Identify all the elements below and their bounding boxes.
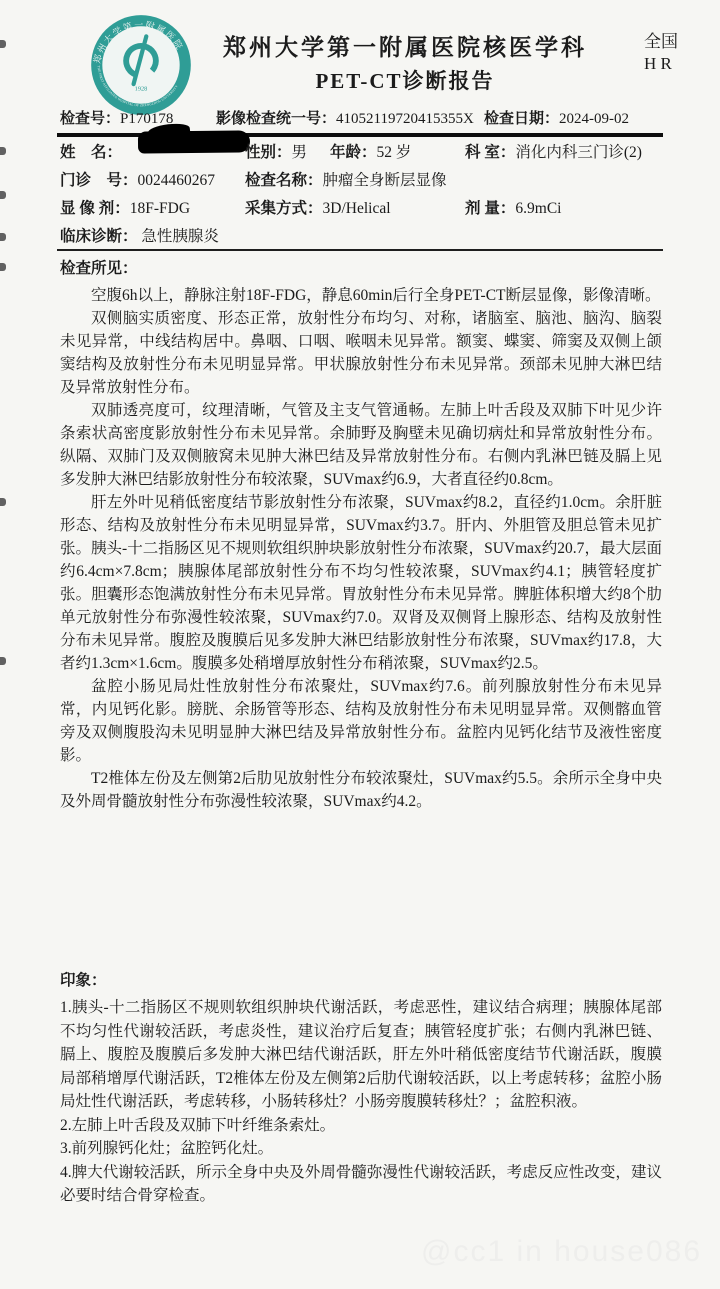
impression-item: 1.胰头-十二指肠区不规则软组织肿块代谢活跃，考虑恶性，建议结合病理；胰腺体尾部… bbox=[60, 996, 662, 1114]
acquisition-field: 采集方式：3D/Helical bbox=[245, 196, 391, 218]
findings-paragraph: T2椎体左份及左侧第2后肋见放射性分布较浓聚灶，SUVmax约5.5。余所示全身… bbox=[60, 767, 662, 813]
hospital-name: 郑州大学第一附属医院核医学科 bbox=[205, 33, 605, 63]
exam-date-value: 2024-09-02 bbox=[559, 111, 629, 127]
corner-mark-line1: 全国 bbox=[644, 31, 678, 53]
patient-row-1: 姓 名： 性别：男 年龄：52 岁 科 室：消化内科三门诊(2) bbox=[0, 140, 720, 164]
findings-paragraph: 双侧脑实质密度、形态正常，放射性分布均匀、对称，诸脑室、脑池、脑沟、脑裂未见异常… bbox=[60, 307, 662, 399]
outpatient-no-value: 0024460267 bbox=[138, 172, 216, 189]
clinical-dx-value: 急性胰腺炎 bbox=[141, 228, 219, 245]
acquisition-value: 3D/Helical bbox=[323, 200, 391, 217]
findings-paragraph: 盆腔小肠见局灶性放射性分布浓聚灶，SUVmax约7.6。前列腺放射性分布未见异常… bbox=[60, 675, 662, 767]
scan-edge-artifact bbox=[0, 657, 6, 665]
clinical-dx-field: 临床诊断： 急性胰腺炎 bbox=[60, 224, 219, 246]
findings-paragraph: 肝左外叶见稍低密度结节影放射性分布浓聚，SUVmax约8.2，直径约1.0cm。… bbox=[60, 491, 662, 675]
findings-paragraph: 双肺透亮度可，纹理清晰，气管及主支气管通畅。左肺上叶舌段及双肺下叶见少许条索状高… bbox=[60, 399, 662, 491]
section-gap bbox=[60, 813, 662, 969]
logo-year: 1928 bbox=[135, 85, 148, 92]
exam-name-field: 检查名称：肿瘤全身断层显像 bbox=[245, 168, 447, 190]
impression-item: 2.左肺上叶舌段及双肺下叶纤维条索灶。 bbox=[60, 1114, 662, 1138]
name-field: 姓 名： bbox=[60, 140, 122, 162]
findings-paragraph: 空腹6h以上，静脉注射18F-FDG，静息60min后行全身PET-CT断层显像… bbox=[60, 284, 662, 307]
clinical-dx-label: 临床诊断： bbox=[60, 228, 138, 245]
age-label: 年龄： bbox=[330, 144, 377, 161]
patient-row-4: 临床诊断： 急性胰腺炎 bbox=[0, 224, 720, 248]
gender-field: 性别：男 bbox=[245, 140, 307, 162]
title-block: 郑州大学第一附属医院核医学科 PET-CT诊断报告 bbox=[205, 33, 605, 95]
watermark: @cc1 in house086 bbox=[421, 1235, 702, 1269]
tracer-label: 显 像 剂： bbox=[60, 200, 130, 217]
dose-label: 剂 量： bbox=[465, 200, 515, 217]
dose-field: 剂 量：6.9mCi bbox=[465, 196, 561, 218]
meta-row: 检查号：P170178 影像检查统一号：41052119720415355X 检… bbox=[0, 107, 720, 129]
exam-date-label: 检查日期： bbox=[484, 111, 559, 127]
exam-no-field: 检查号：P170178 bbox=[60, 107, 173, 128]
findings-heading: 检查所见： bbox=[60, 257, 662, 280]
dept-field: 科 室：消化内科三门诊(2) bbox=[465, 140, 642, 162]
report-body: 检查所见： 空腹6h以上，静脉注射18F-FDG，静息60min后行全身PET-… bbox=[60, 257, 662, 1208]
dose-value: 6.9mCi bbox=[515, 200, 561, 217]
corner-mark-line2: H R bbox=[644, 53, 678, 75]
patient-row-3: 显 像 剂：18F-FDG 采集方式：3D/Helical 剂 量：6.9mCi bbox=[0, 196, 720, 220]
exam-name-label: 检查名称： bbox=[245, 172, 323, 189]
outpatient-no-field: 门诊 号：0024460267 bbox=[60, 168, 215, 190]
acquisition-label: 采集方式： bbox=[245, 200, 323, 217]
dept-label: 科 室： bbox=[465, 144, 515, 161]
name-label: 姓 名： bbox=[60, 144, 122, 161]
impression-item: 3.前列腺钙化灶；盆腔钙化灶。 bbox=[60, 1137, 662, 1161]
age-value: 52 岁 bbox=[377, 144, 412, 161]
corner-mark: 全国 H R bbox=[644, 31, 678, 75]
impression-item: 4.脾大代谢较活跃，所示全身中央及外周骨髓弥漫性代谢较活跃，考虑反应性改变，建议… bbox=[60, 1161, 662, 1208]
age-field: 年龄：52 岁 bbox=[330, 140, 411, 162]
report-title: PET-CT诊断报告 bbox=[205, 67, 605, 95]
patient-row-2: 门诊 号：0024460267 检查名称：肿瘤全身断层显像 bbox=[0, 168, 720, 192]
unified-no-field: 影像检查统一号：41052119720415355X bbox=[216, 107, 474, 128]
unified-no-label: 影像检查统一号： bbox=[216, 111, 336, 127]
scan-edge-artifact bbox=[0, 40, 6, 48]
tracer-field: 显 像 剂：18F-FDG bbox=[60, 196, 190, 218]
scan-edge-artifact bbox=[0, 263, 6, 271]
gender-label: 性别： bbox=[245, 144, 292, 161]
exam-name-value: 肿瘤全身断层显像 bbox=[323, 172, 447, 189]
scan-edge-artifact bbox=[0, 498, 6, 506]
unified-no-value: 41052119720415355X bbox=[336, 111, 474, 127]
impression-heading: 印象： bbox=[60, 969, 662, 992]
impression-section: 印象： 1.胰头-十二指肠区不规则软组织肿块代谢活跃，考虑恶性，建议结合病理；胰… bbox=[60, 969, 662, 1208]
pet-ct-report-page: 郑州大学第一附属医院 THE FIRST AFFILIATED HOSPITAL… bbox=[0, 0, 720, 1289]
hospital-logo: 郑州大学第一附属医院 THE FIRST AFFILIATED HOSPITAL… bbox=[88, 12, 194, 118]
thin-divider bbox=[57, 249, 663, 251]
exam-date-field: 检查日期：2024-09-02 bbox=[484, 107, 629, 128]
exam-no-label: 检查号： bbox=[60, 111, 120, 127]
dept-value: 消化内科三门诊(2) bbox=[515, 144, 642, 161]
gender-value: 男 bbox=[292, 144, 308, 161]
findings-section: 检查所见： 空腹6h以上，静脉注射18F-FDG，静息60min后行全身PET-… bbox=[60, 257, 662, 813]
tracer-value: 18F-FDG bbox=[130, 200, 190, 217]
outpatient-no-label: 门诊 号： bbox=[60, 172, 138, 189]
